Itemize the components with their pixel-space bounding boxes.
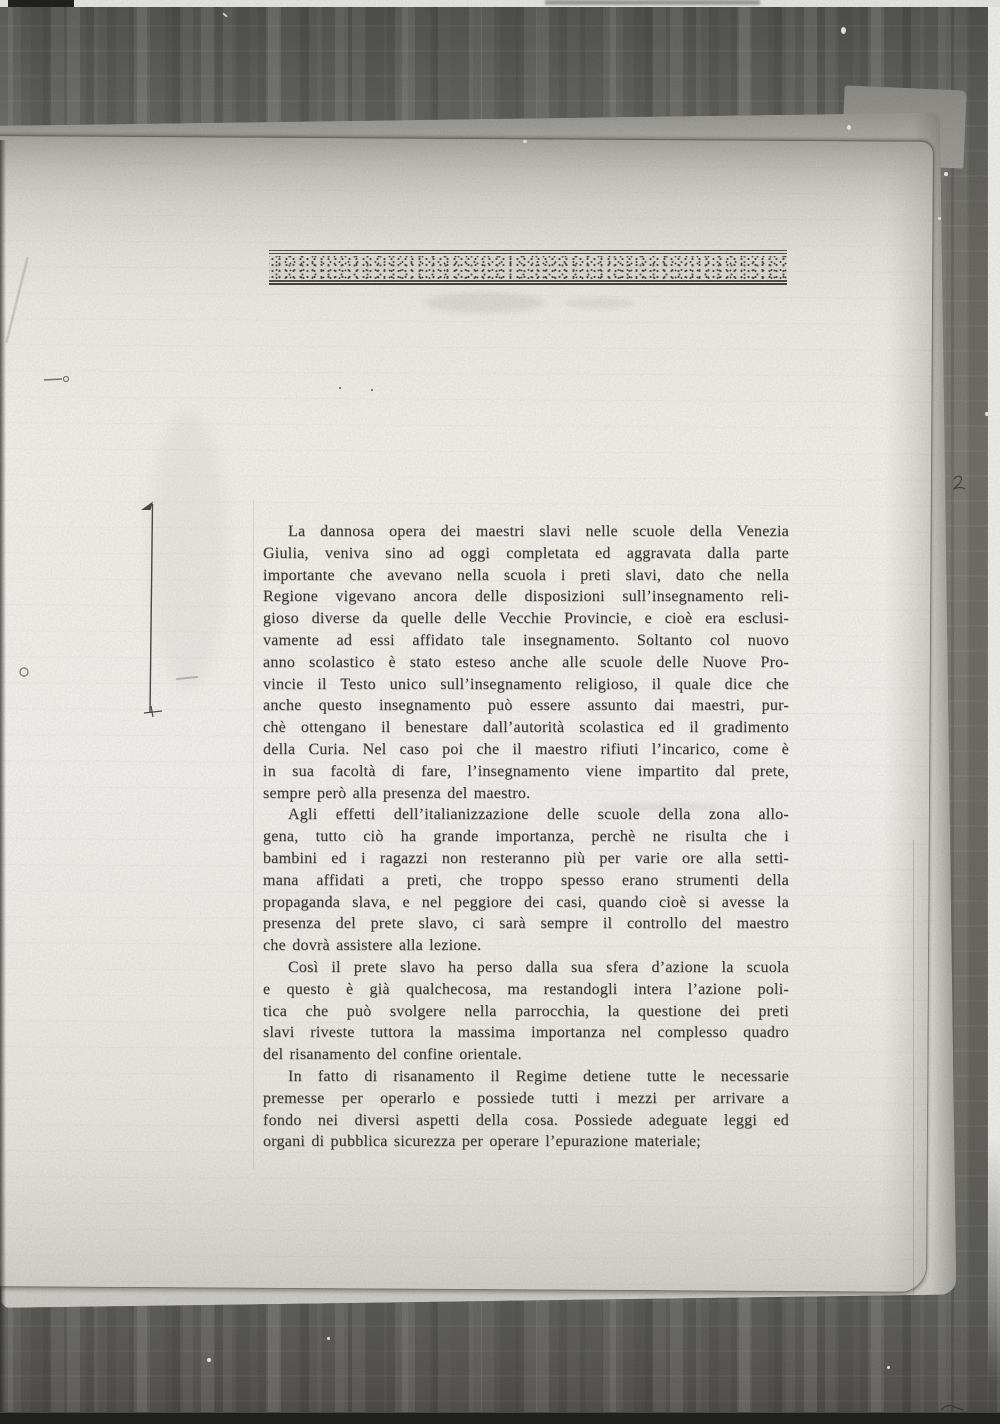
left-scan-edge bbox=[0, 140, 6, 1412]
white-speck bbox=[523, 140, 527, 143]
text-line: Agli effetti dell’italianizzazione delle… bbox=[263, 804, 789, 826]
text-line: Regione vigevano ancora delle disposizio… bbox=[263, 586, 789, 608]
scan-smudge bbox=[148, 410, 228, 690]
white-speck bbox=[841, 27, 846, 34]
text-line: anno scolastico è stato esteso anche all… bbox=[263, 652, 789, 674]
white-speck bbox=[887, 1366, 890, 1369]
stipple-band bbox=[269, 256, 787, 279]
white-speck bbox=[327, 1337, 330, 1340]
text-line: Giulia, veniva sino ad oggi completata e… bbox=[263, 543, 789, 565]
text-line: fondo nei diversi aspetti della cosa. Po… bbox=[263, 1110, 789, 1132]
text-line: organi di pubblica sicurezza per operare… bbox=[263, 1131, 789, 1153]
text-line: Così il prete slavo ha perso dalla sua s… bbox=[263, 957, 789, 979]
text-line: mana affidati a preti, che troppo spesso… bbox=[263, 870, 789, 892]
dark-speck bbox=[339, 387, 341, 389]
text-line: vamente ad essi affidato tale insegnamen… bbox=[263, 630, 789, 652]
white-speck bbox=[938, 217, 941, 220]
bottom-black-strip bbox=[0, 1412, 1000, 1424]
paragraph: Così il prete slavo ha perso dalla sua s… bbox=[263, 957, 789, 1066]
body-text: La dannosa opera dei maestri slavi nelle… bbox=[263, 521, 789, 1153]
text-line: anche questo insegnamento può essere ass… bbox=[263, 695, 789, 717]
text-line: che dovrà assistere alla lezione. bbox=[263, 935, 789, 957]
text-line: gioso diverse da quelle delle Vecchie Pr… bbox=[263, 608, 789, 630]
text-line: vincie il Testo unico sull’insegnamento … bbox=[263, 674, 789, 696]
text-line: La dannosa opera dei maestri slavi nelle… bbox=[263, 521, 789, 543]
text-line: slavi riveste tuttora la massima importa… bbox=[263, 1022, 789, 1044]
paper-fold-line bbox=[913, 840, 914, 1300]
text-line: premesse per operarlo e possiede tutti i… bbox=[263, 1088, 789, 1110]
text-line: in sua facoltà di fare, l’insegnamento v… bbox=[263, 761, 789, 783]
white-speck bbox=[207, 1358, 211, 1362]
stippled-rule-ornament bbox=[269, 250, 787, 285]
paragraph: In fatto di risanamento il Regime detien… bbox=[263, 1066, 789, 1153]
right-white-margin-strip bbox=[988, 0, 1000, 1424]
white-speck bbox=[71, 521, 74, 524]
scan-smudge bbox=[425, 293, 545, 313]
text-line: importante che avevano nella scuola i pr… bbox=[263, 565, 789, 587]
text-line: presenza del prete slavo, ci sarà sempre… bbox=[263, 913, 789, 935]
paragraph: Agli effetti dell’italianizzazione delle… bbox=[263, 804, 789, 957]
text-line: sempre però alla presenza del maestro. bbox=[263, 783, 789, 805]
text-line: tica che può svolgere nella parrocchia, … bbox=[263, 1001, 789, 1023]
text-line: gena, tutto ciò ha grande importanza, pe… bbox=[263, 826, 789, 848]
white-speck bbox=[847, 125, 851, 130]
text-line: della Curia. Nel caso poi che il maestro… bbox=[263, 739, 789, 761]
margin-artifact-line bbox=[253, 500, 254, 1170]
dark-speck bbox=[371, 389, 373, 391]
scan-smudge bbox=[565, 298, 635, 309]
paragraph: La dannosa opera dei maestri slavi nelle… bbox=[263, 521, 789, 804]
scanned-document-page: La dannosa opera dei maestri slavi nelle… bbox=[0, 0, 1000, 1424]
text-line: propaganda slava, e nel peggiore dei cas… bbox=[263, 892, 789, 914]
white-speck bbox=[944, 172, 948, 176]
text-line: bambini ed i ragazzi non resteranno più … bbox=[263, 848, 789, 870]
text-line: chè ottengano il benestare dall’autorità… bbox=[263, 717, 789, 739]
text-line: del risanamento del confine orientale. bbox=[263, 1044, 789, 1066]
top-white-margin-strip bbox=[0, 0, 1000, 7]
text-line: In fatto di risanamento il Regime detien… bbox=[263, 1066, 789, 1088]
text-line: e questo è già qualchecosa, ma restandog… bbox=[263, 979, 789, 1001]
top-edge-black-mark bbox=[8, 0, 74, 7]
top-edge-smudge bbox=[545, 0, 760, 5]
